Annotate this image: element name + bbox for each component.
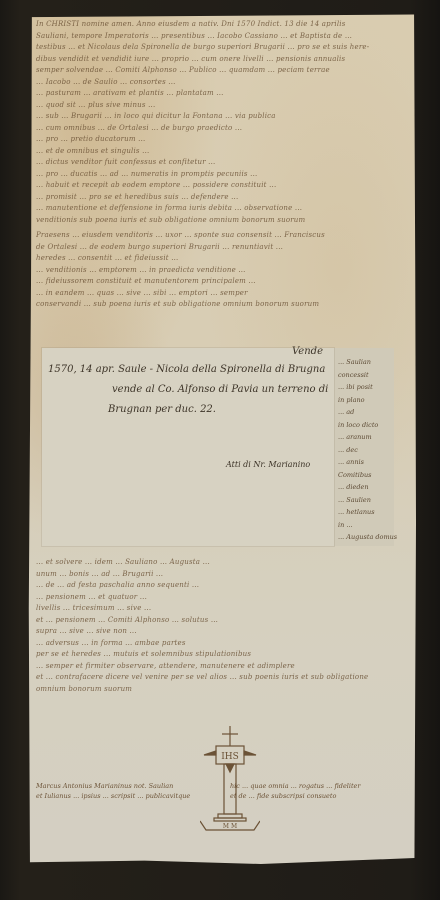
manuscript-line: ... sub ... Brugarii ... in loco qui dic… bbox=[36, 112, 408, 121]
manuscript-line: Sauliani, tempore Imperatoris ... presen… bbox=[36, 32, 408, 41]
manuscript-line: ... pasturam ... arativam et plantis ...… bbox=[36, 89, 408, 98]
note-line-2: vende al Co. Alfonso di Pavia un terreno… bbox=[112, 384, 328, 395]
manuscript-line: ... et de omnibus et singulis ... bbox=[36, 147, 408, 156]
manuscript-line: ... fideiussorem constituit et manutento… bbox=[36, 277, 408, 286]
notarial-signum-icon: IHS M M bbox=[200, 724, 260, 834]
margin-fragment: ... dieden bbox=[338, 483, 369, 491]
margin-fragment: ... ad bbox=[338, 408, 354, 416]
manuscript-line: supra ... sive ... sive non ... bbox=[36, 627, 408, 636]
manuscript-line: ... adversus ... in forma ... ambae part… bbox=[36, 639, 408, 648]
manuscript-line: de Ortalesi ... de eodem burgo superiori… bbox=[36, 243, 408, 252]
margin-fragment: concessit bbox=[338, 371, 369, 379]
manuscript-line: livellis ... tricesimum ... sive ... bbox=[36, 604, 408, 613]
manuscript-line: conservandi ... sub poena iuris et sub o… bbox=[36, 300, 408, 309]
manuscript-line: semper solvendae ... Comiti Alphonso ...… bbox=[36, 66, 408, 75]
pasted-archival-note: 1570, 14 apr. Saule - Nicola della Spiro… bbox=[42, 348, 334, 546]
manuscript-line: ... manutentione et deffensione in forma… bbox=[36, 204, 408, 213]
note-line-1-right: Vende bbox=[292, 346, 323, 357]
manuscript-line: Praesens ... eiusdem venditoris ... uxor… bbox=[36, 231, 408, 240]
manuscript-line: ... et solvere ... idem ... Sauliano ...… bbox=[36, 558, 408, 567]
margin-fragment: ... ibi posit bbox=[338, 383, 373, 391]
note-line-3: Brugnan per duc. 22. bbox=[108, 404, 216, 415]
notary-left-1: Marcus Antonius Marianinus not. Saulian bbox=[36, 782, 173, 790]
manuscript-line: ... pro ... ducatis ... ad ... numeratis… bbox=[36, 170, 408, 179]
manuscript-line: testibus ... et Nicolaus dela Spironella… bbox=[36, 43, 408, 52]
manuscript-line: ... pensionem ... et quatuor ... bbox=[36, 593, 408, 602]
manuscript-line: ... Iacobo ... de Saulio ... consortes .… bbox=[36, 78, 408, 87]
manuscript-line: et ... contrafacere dicere vel venire pe… bbox=[36, 673, 408, 682]
manuscript-line: ... cum omnibus ... de Ortalesi ... de b… bbox=[36, 124, 408, 133]
ihs-monogram: IHS bbox=[221, 752, 239, 762]
manuscript-line: ... promisit ... pro se et heredibus sui… bbox=[36, 193, 408, 202]
margin-fragment: Comitibus bbox=[338, 471, 372, 479]
margin-fragment: in loco dicto bbox=[338, 421, 378, 429]
manuscript-line: ... habuit et recepit ab eodem emptore .… bbox=[36, 181, 408, 190]
manuscript-line: ... venditionis ... emptorem ... in prae… bbox=[36, 266, 408, 275]
notary-right-2: et de ... fide subscripsi consueto bbox=[230, 792, 336, 800]
notary-left-2: et Iulianus ... ipsius ... scripsit ... … bbox=[36, 792, 190, 800]
margin-fragment: ... dec bbox=[338, 446, 358, 454]
manuscript-line: ... quod sit ... plus sive minus ... bbox=[36, 101, 408, 110]
notary-right-1: hic ... quae omnia ... rogatus ... fidel… bbox=[230, 782, 361, 790]
manuscript-line: dibus vendidit et vendidit iure ... prop… bbox=[36, 55, 408, 64]
manuscript-line: venditionis sub poena iuris et sub oblig… bbox=[36, 216, 408, 225]
manuscript-line: ... dictus venditor fuit confessus et co… bbox=[36, 158, 408, 167]
manuscript-line: omnium bonorum suorum bbox=[36, 685, 408, 694]
manuscript-line: ... de ... ad festa paschalia anno seque… bbox=[36, 581, 408, 590]
note-footer: Atti di Nr. Marianino bbox=[226, 460, 310, 469]
margin-fragment: in plano bbox=[338, 396, 365, 404]
margin-fragment: ... Augusta domus bbox=[338, 533, 397, 541]
note-line-1: 1570, 14 apr. Saule - Nicola della Spiro… bbox=[48, 364, 325, 375]
margin-fragment: in ... bbox=[338, 521, 353, 529]
signum-letters: M M bbox=[223, 823, 237, 830]
manuscript-line: ... pro ... pretio ducatorum ... bbox=[36, 135, 408, 144]
margin-fragment: ... aranum bbox=[338, 433, 372, 441]
margin-fragment: ... Saulien bbox=[338, 496, 371, 504]
margin-fragment: ... annis bbox=[338, 458, 364, 466]
manuscript-line: ... in eandem ... quas ... sive ... sibi… bbox=[36, 289, 408, 298]
manuscript-line: unum ... bonis ... ad ... Brugarii ... bbox=[36, 570, 408, 579]
manuscript-line: heredes ... consentit ... et fideiussit … bbox=[36, 254, 408, 263]
manuscript-line: ... semper et firmiter observare, attend… bbox=[36, 662, 408, 671]
margin-fragment: ... hetlanus bbox=[338, 508, 375, 516]
margin-fragment: ... Saulian bbox=[338, 358, 371, 366]
margin-strip: ... Saulianconcessit... ibi positin plan… bbox=[334, 348, 394, 546]
manuscript-line: In CHRISTI nomine amen. Anno eiusdem a n… bbox=[36, 20, 408, 29]
manuscript-line: per se et heredes ... mutuis et solemnib… bbox=[36, 650, 408, 659]
manuscript-line: et ... pensionem ... Comiti Alphonso ...… bbox=[36, 616, 408, 625]
